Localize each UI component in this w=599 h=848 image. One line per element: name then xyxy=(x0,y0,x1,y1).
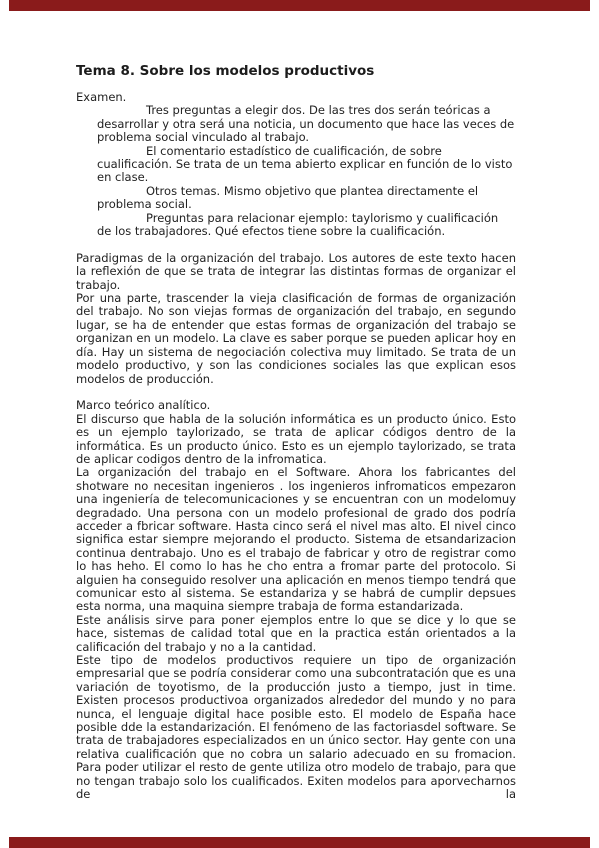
paragraph: La organización del trabajo en el Softwa… xyxy=(76,466,516,613)
exam-item: Otros temas. Mismo objetivo que plantea … xyxy=(76,185,516,212)
document-page: { "colors": { "page_background": "#fffff… xyxy=(0,0,599,848)
paragraph: Marco teórico analítico. xyxy=(76,399,516,412)
paragraph: Este tipo de modelos productivos requier… xyxy=(76,654,516,801)
paragraph: El discurso que habla de la solución inf… xyxy=(76,413,516,467)
paragraph: Por una parte, trascender la vieja clasi… xyxy=(76,292,516,386)
exam-section: Examen. Tres preguntas a elegir dos. De … xyxy=(76,91,516,238)
ad-banner-bottom[interactable] xyxy=(9,837,590,848)
exam-item: El comentario estadístico de cualificaci… xyxy=(76,145,516,185)
exam-heading: Examen. xyxy=(76,91,516,104)
exam-item: Preguntas para relacionar ejemplo: taylo… xyxy=(76,212,516,239)
exam-item: Tres preguntas a elegir dos. De las tres… xyxy=(76,104,516,144)
document-title: Tema 8. Sobre los modelos productivos xyxy=(76,63,516,79)
notes-section: Paradigmas de la organización del trabaj… xyxy=(76,252,516,802)
document-body: Tema 8. Sobre los modelos productivos Ex… xyxy=(0,0,599,848)
paragraph: Paradigmas de la organización del trabaj… xyxy=(76,252,516,292)
paragraph: Este análisis sirve para poner ejemplos … xyxy=(76,614,516,654)
